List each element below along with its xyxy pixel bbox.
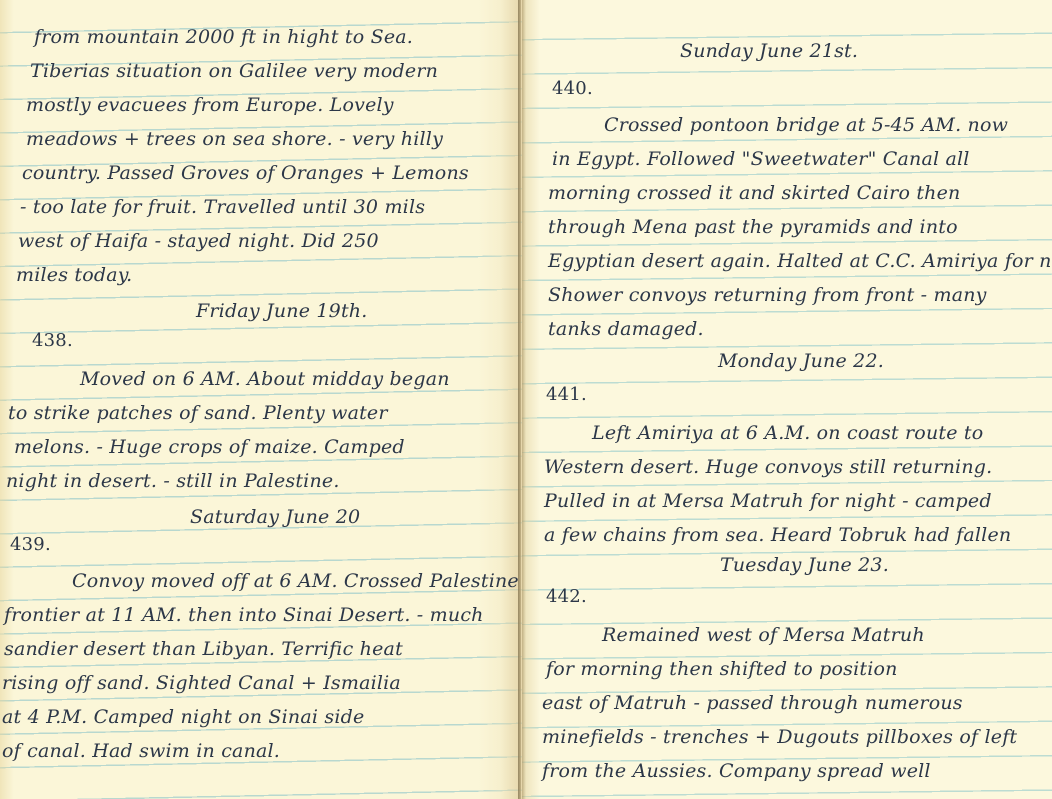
- text-line: country. Passed Groves of Oranges + Lemo…: [22, 162, 469, 184]
- entry-date: Tuesday June 23.: [720, 554, 889, 576]
- right-page: Sunday June 21st. 440. Crossed pontoon b…: [522, 0, 1052, 799]
- text-line: through Mena past the pyramids and into: [548, 216, 958, 238]
- text-line: miles today.: [16, 264, 132, 286]
- text-line: morning crossed it and skirted Cairo the…: [548, 182, 960, 204]
- text-line: for morning then shifted to position: [546, 658, 898, 680]
- text-line: melons. - Huge crops of maize. Camped: [14, 436, 405, 458]
- text-line: frontier at 11 AM. then into Sinai Deser…: [4, 604, 484, 626]
- text-line: west of Haifa - stayed night. Did 250: [18, 230, 379, 252]
- entry-date: Saturday June 20: [190, 506, 360, 528]
- left-page: from mountain 2000 ft in hight to Sea. T…: [0, 0, 522, 799]
- entry-number: 441.: [546, 384, 587, 405]
- text-line: - too late for fruit. Travelled until 30…: [20, 196, 425, 218]
- entry-number: 442.: [546, 586, 587, 607]
- text-line: Crossed pontoon bridge at 5-45 AM. now: [604, 114, 1008, 136]
- text-line: Moved on 6 AM. About midday began: [80, 368, 450, 390]
- text-line: Remained west of Mersa Matruh: [602, 624, 925, 646]
- text-line: rising off sand. Sighted Canal + Ismaili…: [2, 672, 401, 694]
- text-line: Egyptian desert again. Halted at C.C. Am…: [548, 250, 1052, 272]
- text-line: Western desert. Huge convoys still retur…: [544, 456, 992, 478]
- text-line: at 4 P.M. Camped night on Sinai side: [2, 706, 364, 728]
- diary-spread: from mountain 2000 ft in hight to Sea. T…: [0, 0, 1052, 799]
- text-line: of canal. Had swim in canal.: [2, 740, 280, 762]
- text-line: Convoy moved off at 6 AM. Crossed Palest…: [72, 570, 519, 592]
- text-line: from mountain 2000 ft in hight to Sea.: [34, 26, 413, 48]
- text-line: night in desert. - still in Palestine.: [6, 470, 340, 492]
- book-gutter: [518, 0, 521, 799]
- text-line: in Egypt. Followed "Sweetwater" Canal al…: [552, 148, 970, 170]
- text-line: a few chains from sea. Heard Tobruk had …: [544, 524, 1011, 546]
- text-line: to strike patches of sand. Plenty water: [8, 402, 388, 424]
- entry-date: Friday June 19th.: [196, 300, 367, 322]
- text-line: Pulled in at Mersa Matruh for night - ca…: [544, 490, 992, 512]
- entry-number: 439.: [10, 534, 51, 555]
- entry-number: 440.: [552, 78, 593, 99]
- text-line: Shower convoys returning from front - ma…: [548, 284, 987, 306]
- text-line: east of Matruh - passed through numerous: [542, 692, 963, 714]
- text-line: Tiberias situation on Galilee very moder…: [30, 60, 438, 82]
- entry-date: Monday June 22.: [718, 350, 884, 372]
- entry-number: 438.: [32, 330, 73, 351]
- text-line: Left Amiriya at 6 A.M. on coast route to: [592, 422, 983, 444]
- text-line: from the Aussies. Company spread well: [542, 760, 931, 782]
- text-line: mostly evacuees from Europe. Lovely: [26, 94, 394, 116]
- entry-date: Sunday June 21st.: [680, 40, 858, 62]
- text-line: sandier desert than Libyan. Terrific hea…: [4, 638, 403, 660]
- text-line: meadows + trees on sea shore. - very hil…: [26, 128, 443, 150]
- text-line: minefields - trenches + Dugouts pillboxe…: [542, 726, 1017, 748]
- text-line: tanks damaged.: [548, 318, 704, 340]
